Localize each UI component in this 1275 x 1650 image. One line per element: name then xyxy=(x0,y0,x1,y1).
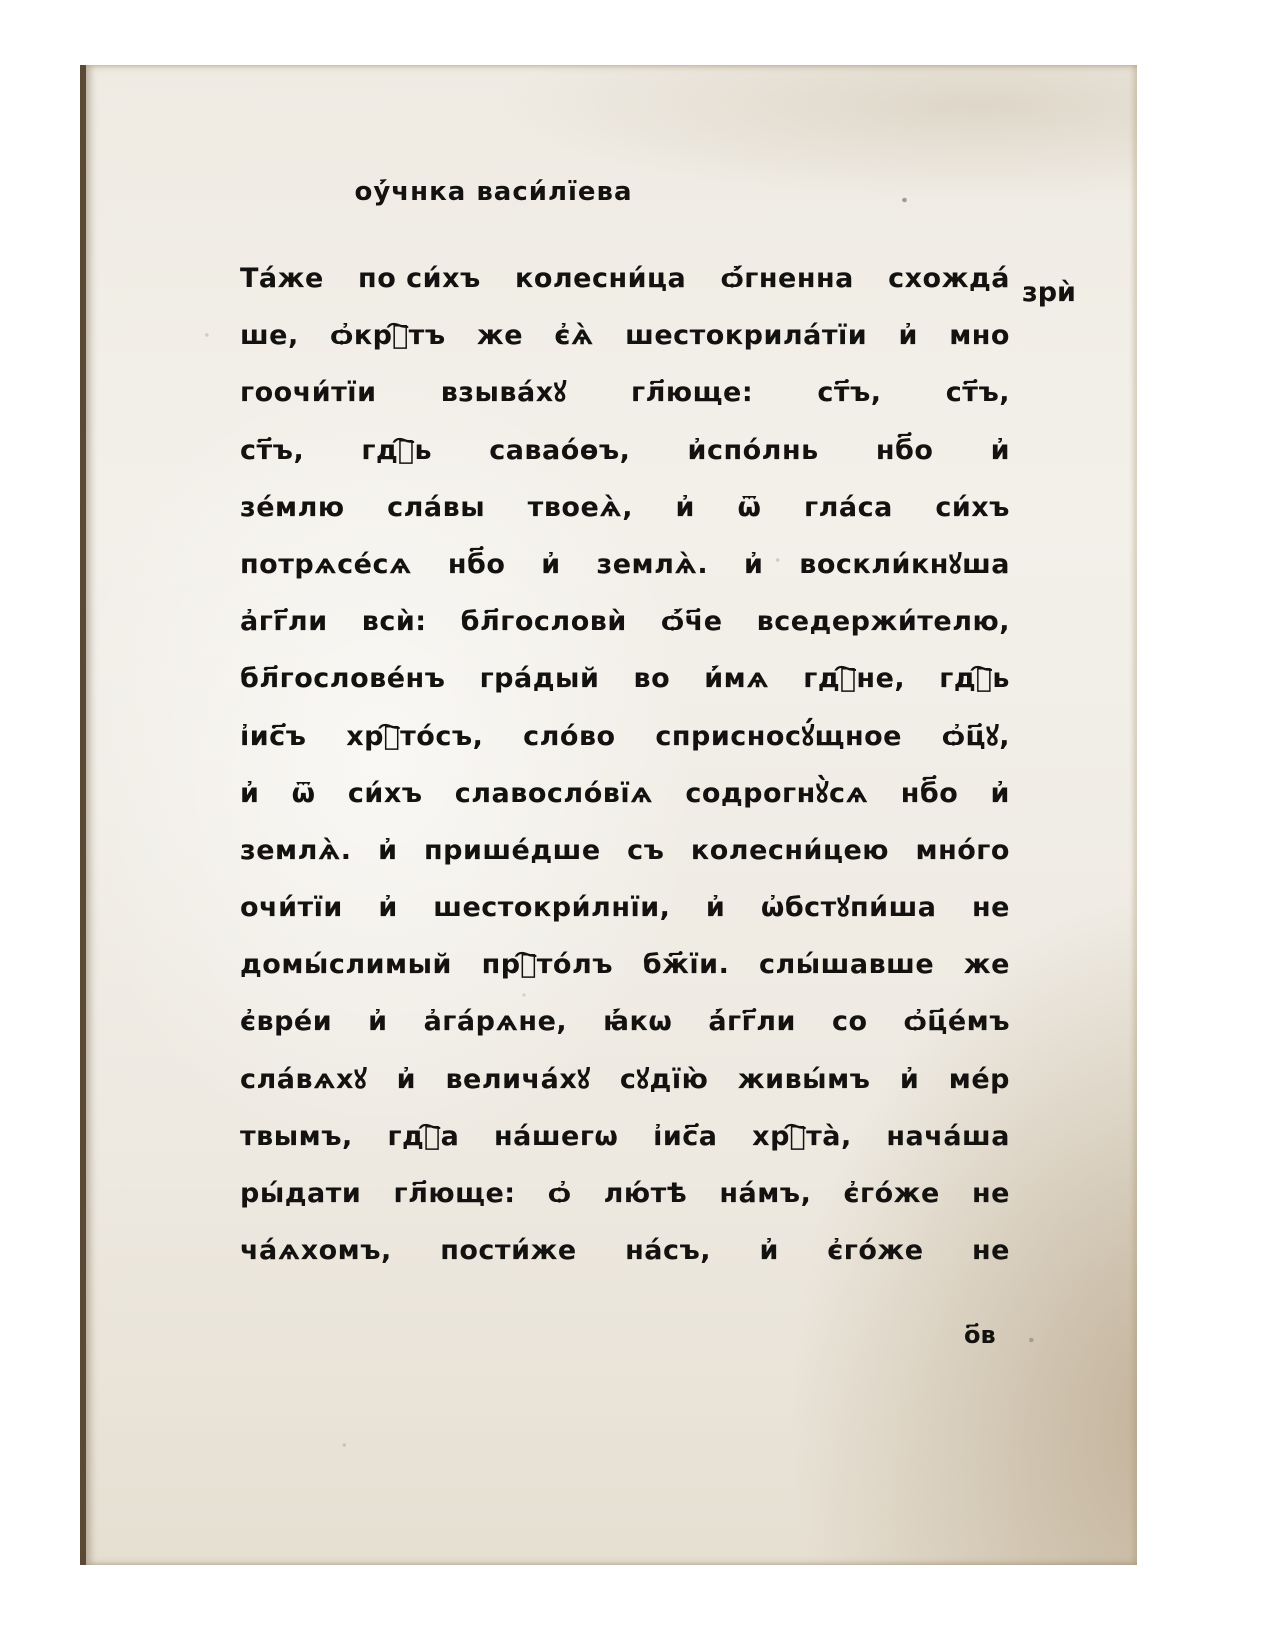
word: и҆ xyxy=(899,307,918,364)
word: шестокри́лнїи, xyxy=(433,879,670,936)
word: домы́слимый xyxy=(240,936,452,993)
body-text: Та́жепо си́хъколесни́цаѻ҆́гненнасхожда́ш… xyxy=(240,250,1010,1279)
text-line: домы́слимыйпрⷭ҇то́лъбж҃їи.слы́шавшеже xyxy=(240,936,1010,993)
word: бж҃їи. xyxy=(643,936,730,993)
word: колесни́ца xyxy=(515,250,686,307)
word: и҆ xyxy=(706,879,725,936)
word: гдⷭ҇а xyxy=(387,1108,459,1165)
word: и҆ xyxy=(368,993,387,1050)
word: на́мъ, xyxy=(719,1165,811,1222)
text-line: ры́датигл҃юще:ѻ҆лю́тѣна́мъ,є҆го́жене xyxy=(240,1165,1010,1222)
word: сла́вѧхꙋ xyxy=(240,1051,367,1108)
word: во xyxy=(633,650,670,707)
word: ст҃ъ, xyxy=(817,364,881,421)
word: на́шегѡ xyxy=(494,1108,618,1165)
word: лю́тѣ xyxy=(604,1165,688,1222)
word: ѻ҆ xyxy=(548,1165,572,1222)
word: а҆́гг҃ли xyxy=(708,993,796,1050)
word: нб҃о xyxy=(448,536,506,593)
word: съ xyxy=(627,822,664,879)
text-line: потрѧсе́сѧнб҃ои҆землѧ̀.и҆воскли́кнꙋша xyxy=(240,536,1010,593)
word: бл҃гословѝ xyxy=(461,593,627,650)
word: ꙗ҆́кѡ xyxy=(603,993,672,1050)
word: твоеѧ̀, xyxy=(528,479,633,536)
word: потрѧсе́сѧ xyxy=(240,536,412,593)
word: хрⷭ҇та̀, xyxy=(752,1108,852,1165)
word: содрогнꙋ̀сѧ xyxy=(685,765,868,822)
word: ѡ҆бстꙋпи́ша xyxy=(761,879,937,936)
word: взыва́хꙋ xyxy=(441,364,567,421)
text-line: бл҃гослове́нъгра́дыйвои҆́мѧгдⷭ҇не,гдⷭ҇ь xyxy=(240,650,1010,707)
folio-number: о҃в xyxy=(964,1321,996,1349)
word: і҆ис҃а xyxy=(653,1108,717,1165)
word: ѿ xyxy=(292,765,316,822)
text-line: зе́млюсла́вытвоеѧ̀,и҆ѿгла́саси́хъ xyxy=(240,479,1010,536)
word: пости́же xyxy=(440,1222,576,1279)
word: є҆ѧ̀ xyxy=(554,307,593,364)
word: сꙋдїю̀ xyxy=(620,1051,708,1108)
text-line: очи́тїии҆шестокри́лнїи,и҆ѡ҆бстꙋпи́шане xyxy=(240,879,1010,936)
word: є҆го́же xyxy=(827,1222,923,1279)
word: на́съ, xyxy=(625,1222,711,1279)
word: мно́го xyxy=(916,822,1010,879)
word: мно xyxy=(949,307,1010,364)
word: ѻ҆́гненна xyxy=(721,250,854,307)
word: зе́млю xyxy=(240,479,345,536)
margin-note: зрѝ xyxy=(1022,277,1076,308)
word: гра́дый xyxy=(480,650,600,707)
word: гл҃юще: xyxy=(393,1165,515,1222)
word: нб҃о xyxy=(876,422,934,479)
word: вседержи́телю, xyxy=(757,593,1010,650)
word: и҆́мѧ xyxy=(704,650,769,707)
word: си́хъ xyxy=(935,479,1010,536)
word: є҆вре́и xyxy=(240,993,332,1050)
page-heading: оу҆́чнка васи́лїева xyxy=(80,177,1137,207)
word: по си́хъ xyxy=(358,250,481,307)
word: не xyxy=(972,1222,1010,1279)
word: гдⷭ҇не, xyxy=(803,650,905,707)
word: а҆га́рѧне, xyxy=(424,993,568,1050)
word: савао́ѳъ, xyxy=(489,422,630,479)
word: твымъ, xyxy=(240,1108,353,1165)
word: всѝ: xyxy=(362,593,427,650)
word: сприсносꙋ́щное xyxy=(655,708,902,765)
word: и҆ xyxy=(378,822,397,879)
text-line: гоочи́тїивзыва́хꙋгл҃юще:ст҃ъ,ст҃ъ, xyxy=(240,364,1010,421)
word: а҆гг҃ли xyxy=(240,593,328,650)
word: землѧ̀. xyxy=(240,822,352,879)
word: є҆го́же xyxy=(843,1165,939,1222)
word: си́хъ xyxy=(348,765,423,822)
word: бл҃гослове́нъ xyxy=(240,650,445,707)
word: гла́са xyxy=(804,479,893,536)
word: сло́во xyxy=(523,708,615,765)
word: прише́дше xyxy=(424,822,601,879)
word: ст҃ъ, xyxy=(240,422,304,479)
word: и҆ xyxy=(759,1222,778,1279)
word: и҆ xyxy=(900,1051,919,1108)
word: же xyxy=(477,307,523,364)
word: гдⷭ҇ь xyxy=(361,422,432,479)
word: гл҃юще: xyxy=(631,364,753,421)
word: велича́хꙋ xyxy=(445,1051,590,1108)
text-line: і҆ис҃ъхрⷭ҇то́съ,сло́восприсносꙋ́щноеѻ҆ц҃… xyxy=(240,708,1010,765)
word: хрⷭ҇то́съ, xyxy=(346,708,483,765)
word: прⷭ҇то́лъ xyxy=(482,936,613,993)
word: нб҃о xyxy=(901,765,959,822)
word: ча́ѧхомъ, xyxy=(240,1222,392,1279)
word: ѿ xyxy=(737,479,761,536)
word: і҆ис҃ъ xyxy=(240,708,306,765)
word: гоочи́тїи xyxy=(240,364,376,421)
word: очи́тїи xyxy=(240,879,343,936)
word: же xyxy=(964,936,1010,993)
word: не xyxy=(972,879,1010,936)
word: со xyxy=(832,993,868,1050)
word: живы́мъ xyxy=(738,1051,871,1108)
text-line: твымъ,гдⷭ҇ана́шегѡі҆ис҃ахрⷭ҇та̀,нача́ша xyxy=(240,1108,1010,1165)
text-line: Та́жепо си́хъколесни́цаѻ҆́гненнасхожда́ xyxy=(240,250,1010,307)
word: и҆ xyxy=(991,422,1010,479)
word: ше, xyxy=(240,307,299,364)
word: и҆ xyxy=(744,536,763,593)
text-line: є҆вре́ии҆а҆га́рѧне,ꙗ҆́кѡа҆́гг҃лисоѻ҆ц҃е́… xyxy=(240,993,1010,1050)
word: сла́вы xyxy=(387,479,485,536)
word: не xyxy=(972,1165,1010,1222)
word: и҆ xyxy=(676,479,695,536)
text-line: ча́ѧхомъ,пости́жена́съ,и҆є҆го́жене xyxy=(240,1222,1010,1279)
text-line: а҆гг҃ливсѝ:бл҃гословѝѻ҆́ч҃евседержи́телю… xyxy=(240,593,1010,650)
word: слы́шавше xyxy=(759,936,934,993)
word: и҆ xyxy=(991,765,1010,822)
word: ѻ҆́ч҃е xyxy=(661,593,723,650)
word: ме́р xyxy=(949,1051,1010,1108)
text-line: сла́вѧхꙋи҆велича́хꙋсꙋдїю̀живы́мъи҆ме́р xyxy=(240,1051,1010,1108)
word: и҆спо́лнь xyxy=(688,422,819,479)
text-line: и҆ѿси́хъславосло́вїѧсодрогнꙋ̀сѧнб҃ои҆ xyxy=(240,765,1010,822)
text-line: ст҃ъ,гдⷭ҇ьсавао́ѳъ,и҆спо́лньнб҃ои҆ xyxy=(240,422,1010,479)
word: нача́ша xyxy=(886,1108,1010,1165)
word: ѻ҆ц҃е́мъ xyxy=(904,993,1010,1050)
word: схожда́ xyxy=(888,250,1010,307)
word: ѻ҆крⷭ҇тъ xyxy=(330,307,446,364)
manuscript-page: оу҆́чнка васи́лїева зрѝ Та́жепо си́хъкол… xyxy=(80,65,1137,1565)
word: шестокрила́тїи xyxy=(625,307,867,364)
word: ры́дати xyxy=(240,1165,361,1222)
word: и҆ xyxy=(397,1051,416,1108)
word: и҆ xyxy=(541,536,560,593)
word: и҆ xyxy=(240,765,259,822)
word: славосло́вїѧ xyxy=(455,765,653,822)
text-line: ше,ѻ҆крⷭ҇тъжеє҆ѧ̀шестокрила́тїии҆мно xyxy=(240,307,1010,364)
word: Та́же xyxy=(240,250,324,307)
word: ст҃ъ, xyxy=(946,364,1010,421)
word: землѧ̀. xyxy=(597,536,709,593)
text-line: землѧ̀.и҆прише́дшесъколесни́цеюмно́го xyxy=(240,822,1010,879)
word: колесни́цею xyxy=(691,822,889,879)
word: ѻ҆ц҃ꙋ, xyxy=(942,708,1010,765)
word: и҆ xyxy=(378,879,397,936)
word: гдⷭ҇ь xyxy=(939,650,1010,707)
word: воскли́кнꙋша xyxy=(799,536,1010,593)
